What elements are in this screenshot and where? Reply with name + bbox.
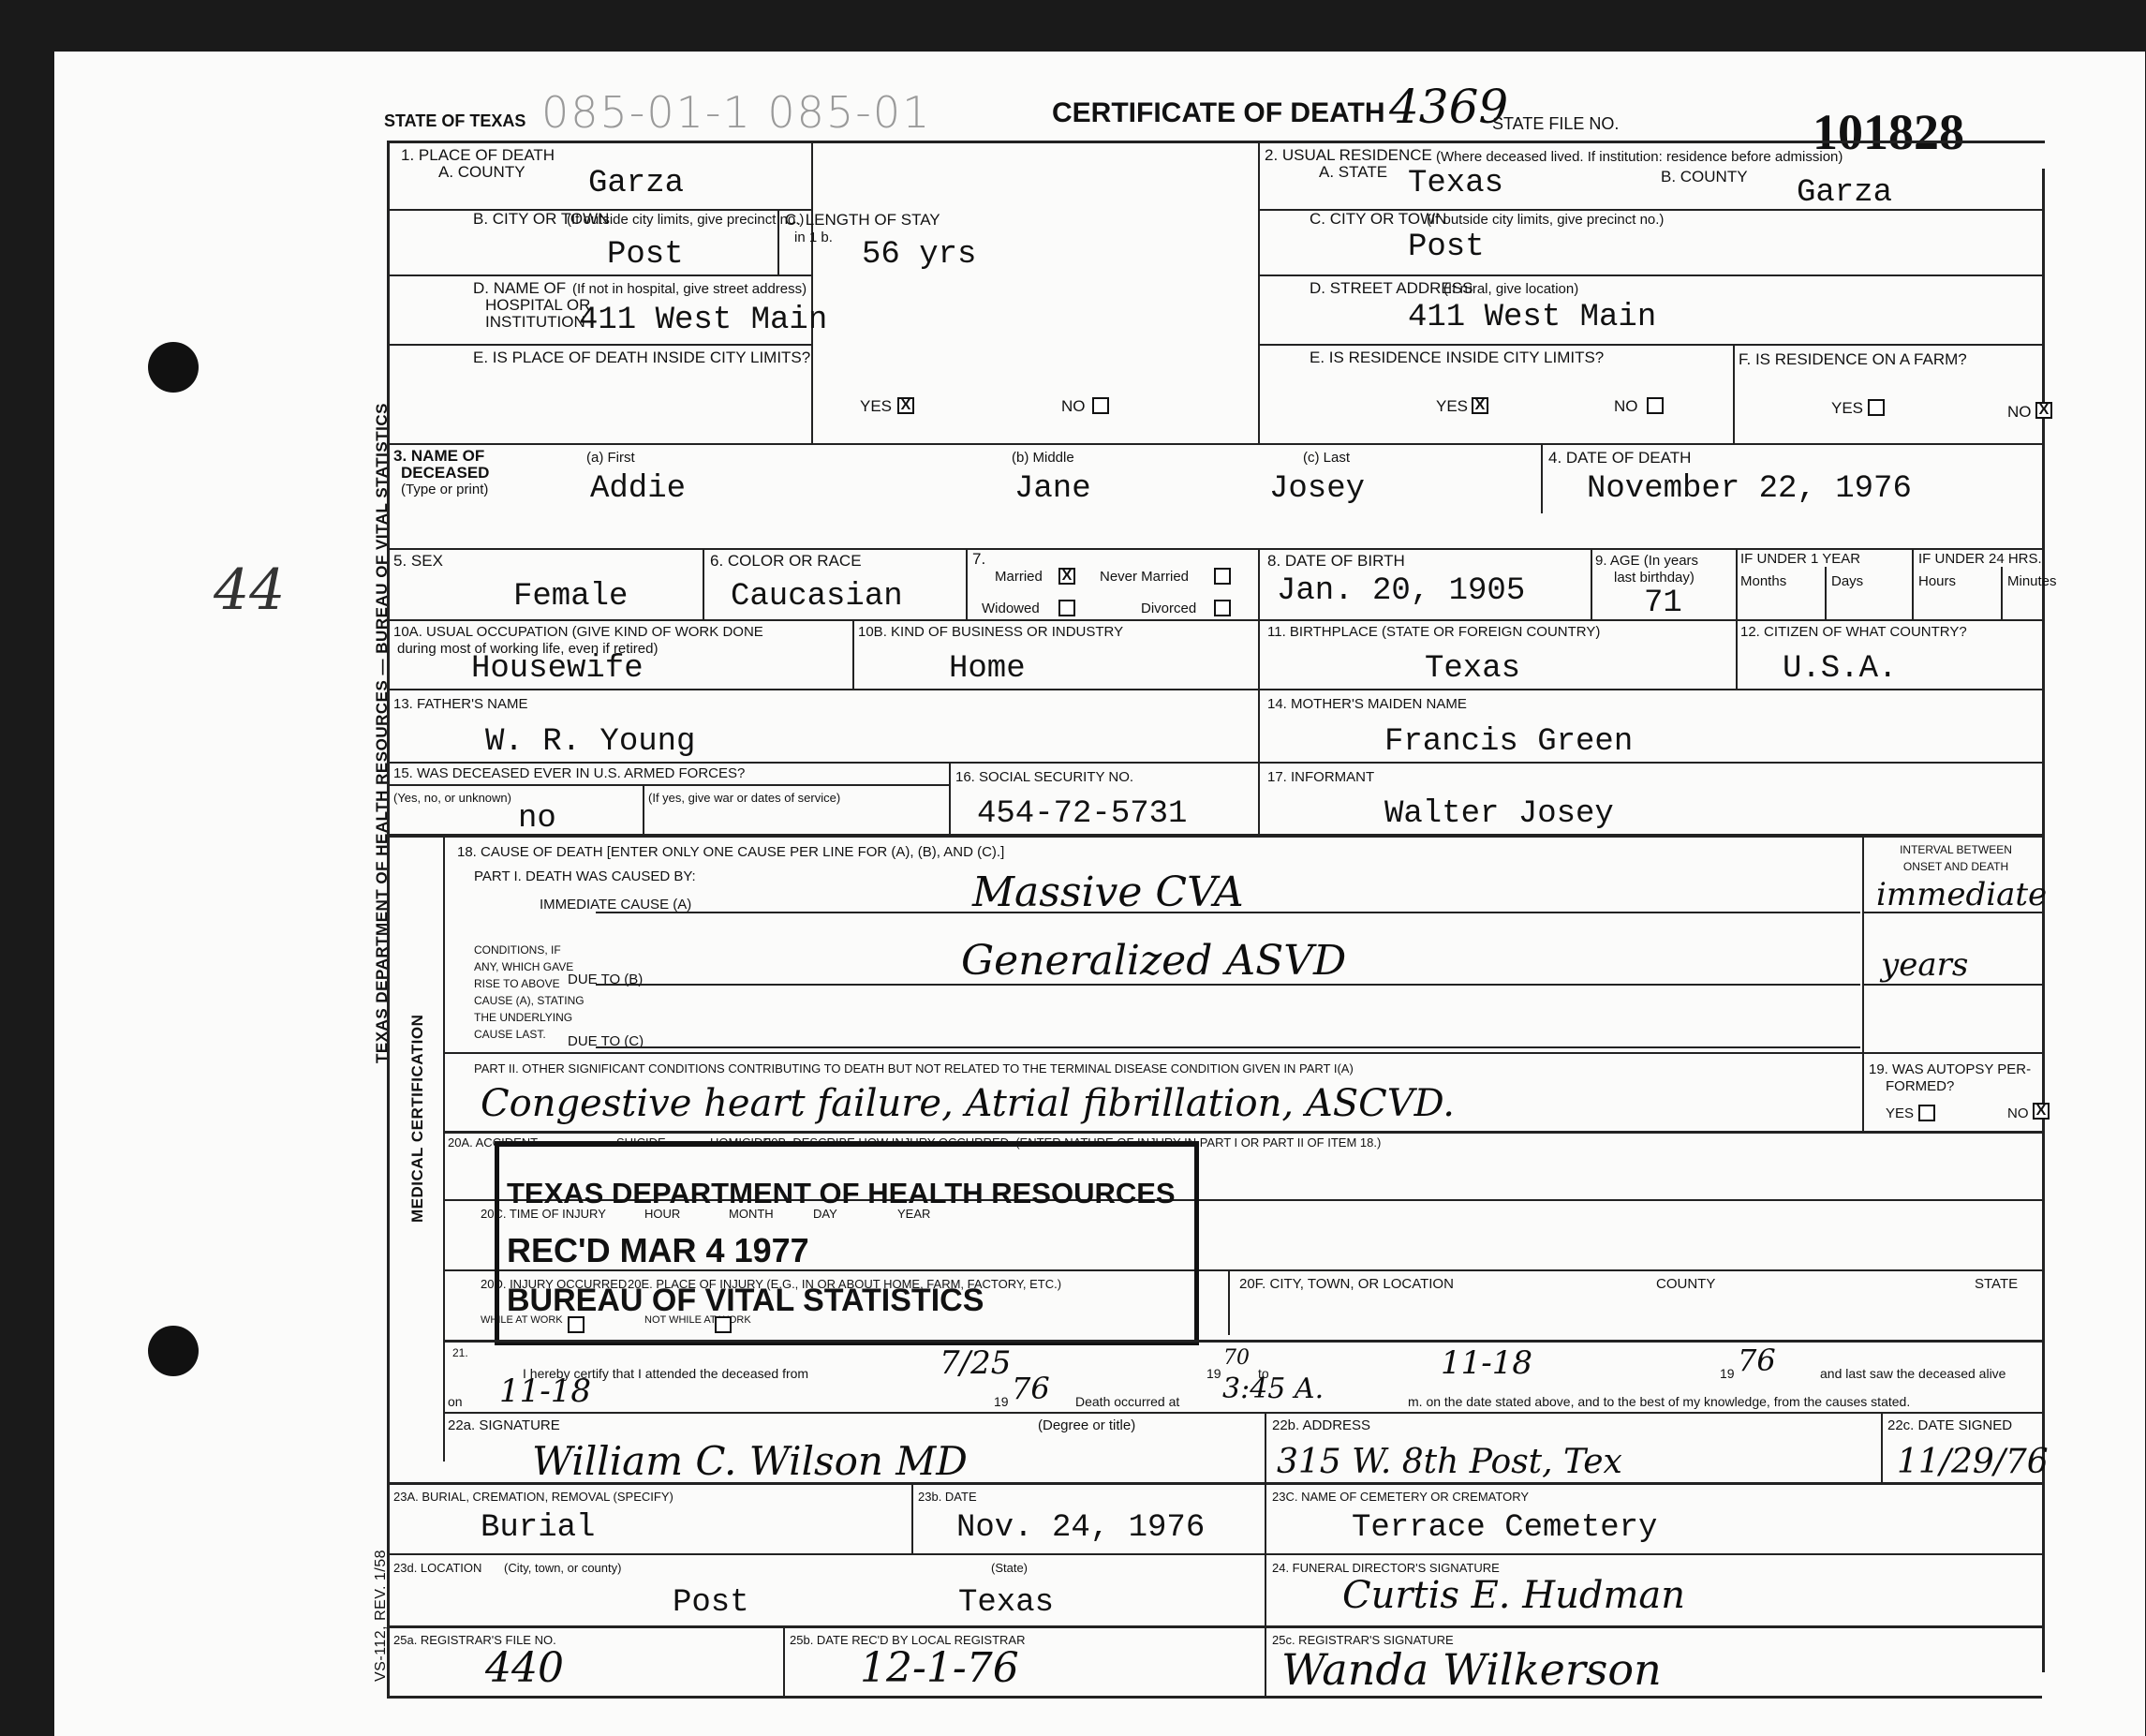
death-occurred-label: Death occurred at — [1075, 1393, 1179, 1410]
certificate-title: CERTIFICATE OF DEATH — [1052, 98, 1385, 128]
residence-hint: (Where deceased lived. If institution: r… — [1436, 149, 1843, 166]
never-married-label: Never Married — [1100, 569, 1189, 586]
farm-yes-checkbox[interactable] — [1868, 399, 1885, 416]
middle-label: (b) Middle — [1012, 450, 1074, 467]
from-year-prefix: 19 — [1206, 1365, 1221, 1382]
age-label: 9. AGE (In years — [1595, 553, 1698, 570]
autopsy-label: 19. WAS AUTOPSY PER- — [1869, 1061, 2031, 1078]
minutes-label: Minutes — [2007, 573, 2057, 590]
yes-label: YES — [1831, 400, 1863, 417]
cert-text3: m. on the date stated above, and to the … — [1408, 1393, 1910, 1410]
rule — [1258, 619, 1260, 689]
divorced-label: Divorced — [1141, 601, 1196, 617]
interval-label: INTERVAL BETWEEN ONSET AND DEATH — [1890, 841, 2021, 875]
state-label: STATE OF TEXAS — [384, 112, 525, 129]
days-label: Days — [1831, 573, 1863, 590]
date-of-death: November 22, 1976 — [1587, 471, 1912, 507]
yes-label: YES — [1886, 1105, 1914, 1122]
inside-city-no-checkbox[interactable] — [1092, 397, 1109, 414]
inside-city-label: e. IS PLACE OF DEATH INSIDE CITY LIMITS? — [473, 349, 810, 366]
rule — [1228, 1269, 1230, 1335]
rule — [1862, 984, 2042, 986]
no-label: NO — [1061, 398, 1086, 415]
sex-value: Female — [513, 579, 628, 615]
punch-hole — [148, 342, 199, 393]
rule — [2001, 567, 2003, 619]
rule — [1258, 344, 2042, 346]
received-stamp: TEXAS DEPARTMENT OF HEALTH RESOURCES REC… — [495, 1141, 1199, 1345]
rule — [1736, 548, 1738, 619]
registrar-date: 12-1-76 — [860, 1644, 1019, 1692]
father-label: 13. FATHER'S NAME — [393, 696, 527, 713]
interval-a: immediate — [1876, 876, 2047, 913]
occupation-label: 10a. USUAL OCCUPATION (Give kind of work… — [393, 624, 763, 641]
residence-city: Post — [1408, 230, 1485, 265]
res-county-label: b. COUNTY — [1661, 169, 1748, 185]
rule — [811, 141, 813, 445]
county-label: a. COUNTY — [438, 164, 525, 181]
burial-city: Post — [673, 1585, 749, 1621]
date-of-birth: Jan. 20, 1905 — [1277, 573, 1525, 609]
hours-label: Hours — [1918, 573, 1956, 590]
last-label: (c) Last — [1303, 450, 1350, 467]
rule — [1912, 548, 1914, 619]
burial-value: Burial — [481, 1510, 595, 1546]
hospital-name: 411 West Main — [579, 303, 827, 338]
divorced-checkbox[interactable] — [1214, 600, 1231, 616]
stay-sub: in 1 b. — [794, 230, 833, 246]
cemetery-name: Terrace Cemetery — [1352, 1510, 1657, 1546]
stamp-line1: TEXAS DEPARTMENT OF HEALTH RESOURCES — [507, 1177, 1176, 1210]
handwritten-number: 4369 — [1389, 80, 1508, 134]
city-hint: (If outside city limits, give precinct n… — [567, 212, 804, 229]
part2-label: PART II. OTHER SIGNIFICANT CONDITIONS CO… — [474, 1061, 1354, 1077]
conditions-note: Conditions, if any, which gave rise to a… — [474, 942, 586, 1043]
burial-label: 23a. BURIAL, CREMATION, REMOVAL (Specify… — [393, 1489, 673, 1506]
last-seen-year: 76 — [1012, 1371, 1050, 1406]
under-24-label: IF UNDER 24 HRS. — [1918, 551, 2042, 568]
rule — [1258, 141, 1260, 445]
on-label: on — [448, 1393, 463, 1410]
rule — [966, 548, 968, 619]
residence-state: Texas — [1408, 166, 1503, 201]
sex-label: 5. SEX — [393, 553, 443, 570]
yes-label: YES — [860, 398, 892, 415]
location-sub: (City, town, or county) — [504, 1560, 621, 1577]
date-signed: 11/29/76 — [1897, 1443, 2049, 1481]
street-hint: (If rural, give location) — [1443, 281, 1578, 298]
name-label2: DECEASED — [401, 465, 489, 482]
widowed-checkbox[interactable] — [1058, 600, 1075, 616]
cert-num: 21. — [452, 1344, 468, 1361]
certificate-page: 44 TEXAS DEPARTMENT OF HEALTH RESOURCES … — [54, 52, 2145, 1736]
injury-state-label: STATE — [1975, 1276, 2018, 1293]
last-seen-date: 11-18 — [499, 1372, 591, 1410]
due-to-b: Generalized ASVD — [961, 937, 1346, 985]
father-name: W. R. Young — [485, 724, 695, 760]
marital-label: 7. — [972, 551, 985, 568]
to-year-prefix: 19 — [1720, 1365, 1735, 1382]
name-label: 3. NAME OF — [393, 448, 484, 465]
no-label: NO — [2007, 404, 2032, 421]
widowed-label: Widowed — [982, 601, 1040, 617]
birthplace-value: Texas — [1425, 651, 1520, 687]
degree-label: (Degree or title) — [1038, 1417, 1135, 1434]
location-label: 23d. LOCATION — [393, 1560, 481, 1577]
rule — [596, 1046, 1860, 1048]
cemetery-label: 23c. NAME OF CEMETERY OR CREMATORY — [1272, 1489, 1529, 1506]
res-state-label: a. STATE — [1319, 164, 1387, 181]
no-label: NO — [1614, 398, 1638, 415]
attended-to-year: 76 — [1738, 1343, 1776, 1378]
months-label: Months — [1740, 573, 1786, 590]
rule — [643, 784, 644, 834]
rule — [1258, 548, 1260, 619]
rule — [443, 1052, 2042, 1054]
rule — [387, 1696, 2042, 1699]
state-sub: (State) — [991, 1560, 1028, 1577]
married-checkbox[interactable]: X — [1058, 568, 1075, 585]
penciled-codes: 085-01-1 085-01 — [541, 87, 931, 138]
registrar-signature: Wanda Wilkerson — [1281, 1644, 1662, 1695]
citizen-value: U.S.A. — [1783, 651, 1897, 687]
hospital-sub2: INSTITUTION — [485, 314, 585, 331]
frame-left — [387, 141, 390, 1696]
birthplace-label: 11. BIRTHPLACE (State or foreign country… — [1267, 624, 1600, 641]
part1-label: PART I. DEATH WAS CAUSED BY: — [474, 868, 696, 885]
res-inside-city-label: e. IS RESIDENCE INSIDE CITY LIMITS? — [1310, 349, 1604, 366]
res-inside-city-yes-checkbox[interactable]: X — [1472, 397, 1488, 414]
rule — [387, 689, 2042, 690]
rule — [1862, 912, 2042, 913]
funeral-director-signature: Curtis E. Hudman — [1342, 1574, 1685, 1617]
farm-label: f. IS RESIDENCE ON A FARM? — [1739, 351, 1967, 368]
informant-name: Walter Josey — [1384, 796, 1614, 832]
due-b-label: DUE TO (b) — [568, 972, 643, 988]
hospital-hint: (If not in hospital, give street address… — [572, 281, 807, 298]
immediate-cause: Massive CVA — [972, 868, 1244, 916]
injury-county-label: COUNTY — [1656, 1276, 1715, 1293]
rule — [777, 209, 779, 274]
death-city: Post — [607, 237, 684, 273]
rule — [443, 834, 445, 1462]
rule — [852, 619, 854, 689]
never-married-checkbox[interactable] — [1214, 568, 1231, 585]
cert-text2: and last saw the deceased alive — [1820, 1365, 2005, 1382]
autopsy-yes-checkbox[interactable] — [1918, 1105, 1935, 1121]
date-signed-label: 22c. DATE SIGNED — [1887, 1417, 2012, 1434]
attended-from-year: 70 — [1223, 1346, 1250, 1370]
armed-label: 15. WAS DECEASED EVER IN U.S. ARMED FORC… — [393, 765, 745, 782]
first-label: (a) First — [586, 450, 635, 467]
res-inside-city-no-checkbox[interactable] — [1647, 397, 1664, 414]
interval-b: years — [1881, 946, 1968, 984]
rule — [949, 762, 951, 834]
date-of-death-label: 4. DATE OF DEATH — [1548, 450, 1691, 467]
rule — [387, 1625, 2042, 1628]
rule — [387, 762, 2042, 764]
registrar-file-number: 440 — [485, 1644, 564, 1692]
first-name: Addie — [590, 471, 686, 507]
rule — [387, 784, 949, 786]
rule — [703, 548, 704, 619]
age-value: 71 — [1644, 586, 1682, 621]
married-label: Married — [995, 569, 1043, 586]
age-label2: last birthday) — [1614, 570, 1695, 586]
rule — [387, 443, 2042, 445]
residence-street: 411 West Main — [1408, 300, 1656, 335]
last-name: Josey — [1269, 471, 1365, 507]
physician-signature: William C. Wilson MD — [532, 1438, 968, 1484]
dob-label: 8. DATE OF BIRTH — [1267, 553, 1405, 570]
rule — [387, 1553, 2042, 1555]
rule — [1265, 1412, 1266, 1482]
rule — [1258, 274, 2042, 276]
rule — [387, 1482, 2042, 1485]
hospital-sub1: HOSPITAL OR — [485, 297, 590, 314]
part2-conditions: Congestive heart failure, Atrial fibrill… — [481, 1082, 1455, 1125]
armed-sub1: (Yes, no, or unknown) — [393, 790, 511, 807]
rule — [387, 548, 2042, 550]
state-file-label: STATE FILE NO. — [1492, 115, 1619, 132]
burial-date: Nov. 24, 1976 — [956, 1510, 1205, 1546]
injury-city-label: 20f. CITY, TOWN, OR LOCATION — [1239, 1276, 1454, 1293]
ssn-value: 454-72-5731 — [977, 796, 1187, 832]
stamp-line3: BUREAU OF VITAL STATISTICS — [507, 1283, 984, 1319]
death-county: Garza — [588, 166, 684, 201]
last-seen-year-prefix: 19 — [994, 1393, 1009, 1410]
place-of-death-label: 1. PLACE OF DEATH — [401, 147, 555, 164]
rule — [911, 1482, 913, 1553]
ssn-label: 16. SOCIAL SECURITY NO. — [955, 769, 1133, 786]
rule — [1541, 443, 1543, 513]
autopsy-no-checkbox[interactable]: X — [2033, 1103, 2050, 1120]
medical-certification-label: MEDICAL CERTIFICATION — [408, 1015, 427, 1223]
no-label: NO — [2007, 1105, 2029, 1122]
rule — [1733, 344, 1735, 445]
armed-sub2: (If yes, give war or dates of service) — [648, 790, 840, 807]
name-label3: (Type or print) — [401, 482, 488, 498]
inside-city-yes-checkbox[interactable]: X — [897, 397, 914, 414]
attended-from: 7/25 — [940, 1344, 1011, 1382]
burial-state: Texas — [958, 1585, 1054, 1621]
mother-label: 14. MOTHER'S MAIDEN NAME — [1267, 696, 1467, 713]
race-value: Caucasian — [731, 579, 903, 615]
farm-no-checkbox[interactable]: X — [2035, 402, 2052, 419]
rule — [387, 274, 811, 276]
yes-label: YES — [1436, 398, 1468, 415]
occupation-value: Housewife — [471, 651, 644, 687]
informant-label: 17. INFORMANT — [1267, 769, 1374, 786]
rule — [1881, 1412, 1883, 1482]
length-of-stay: 56 yrs — [862, 237, 976, 273]
rule — [1591, 548, 1592, 619]
under-year-label: IF UNDER 1 YEAR — [1740, 551, 1860, 568]
rule — [1736, 619, 1738, 689]
rule — [387, 619, 2042, 621]
race-label: 6. COLOR OR RACE — [710, 553, 862, 570]
armed-value: no — [518, 801, 556, 837]
autopsy-label2: FORMED? — [1886, 1078, 1954, 1095]
stamp-line2: REC'D MAR 4 1977 — [507, 1231, 809, 1270]
rule — [387, 141, 2045, 143]
rule — [443, 1412, 2042, 1414]
rule — [443, 1131, 2042, 1134]
mother-name: Francis Green — [1384, 724, 1633, 760]
punch-hole — [148, 1326, 199, 1376]
attended-to: 11-18 — [1441, 1344, 1532, 1382]
hospital-label: d. NAME OF — [473, 280, 566, 297]
signature-label: 22a. SIGNATURE — [448, 1417, 560, 1434]
cause-label: 18. CAUSE OF DEATH [Enter only one cause… — [457, 844, 1004, 861]
rule — [387, 344, 811, 346]
address-label: 22b. ADDRESS — [1272, 1417, 1370, 1434]
business-label: 10b. KIND OF BUSINESS OR INDUSTRY — [858, 624, 1123, 641]
physician-address: 315 W. 8th Post, Tex — [1277, 1443, 1622, 1481]
rule — [1825, 567, 1827, 619]
burial-date-label: 23b. DATE — [918, 1489, 977, 1506]
rule — [1265, 1482, 1266, 1698]
residence-label: 2. USUAL RESIDENCE — [1265, 147, 1432, 164]
stay-label: c. LENGTH OF STAY — [785, 212, 940, 229]
residence-county: Garza — [1797, 175, 1892, 211]
res-city-hint: (If outside city limits, give precinct n… — [1427, 212, 1664, 229]
time-of-death: 3:45 A. — [1222, 1372, 1324, 1405]
middle-name: Jane — [1014, 471, 1091, 507]
rule — [443, 1340, 2042, 1343]
margin-note: 44 — [214, 557, 285, 623]
business-value: Home — [949, 651, 1026, 687]
rule — [783, 1625, 785, 1697]
citizen-label: 12. CITIZEN OF WHAT COUNTRY? — [1740, 624, 1967, 641]
rule — [387, 834, 2042, 838]
